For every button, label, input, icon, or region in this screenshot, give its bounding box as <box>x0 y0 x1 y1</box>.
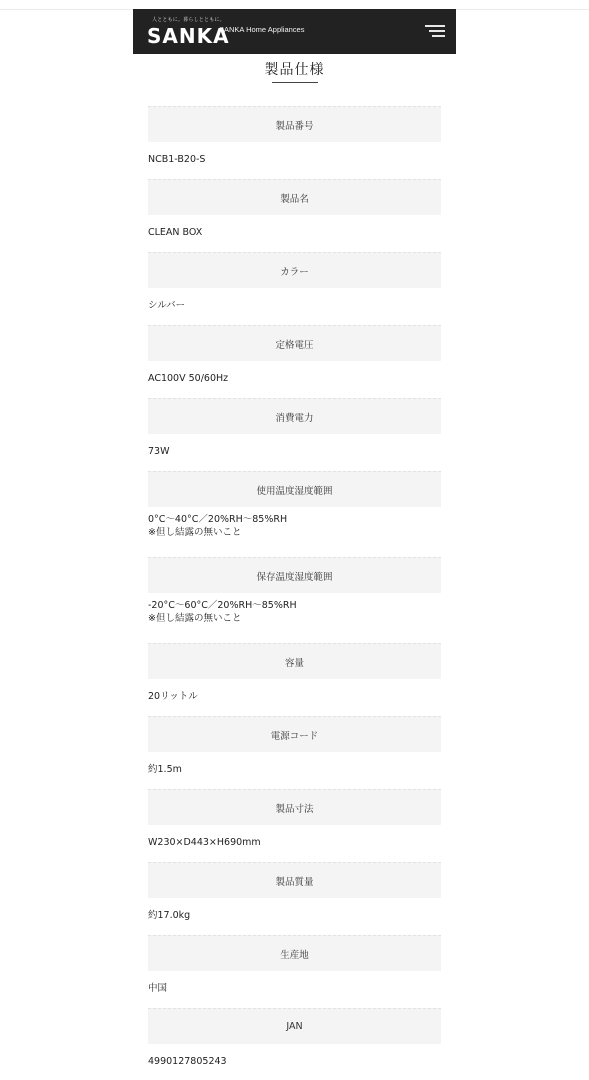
spec-value: 中国 <box>148 971 441 1008</box>
menu-line <box>429 30 445 32</box>
spec-value: CLEAN BOX <box>148 215 441 252</box>
header-subtitle: SANKA Home Appliances <box>219 25 304 34</box>
page-title: 製品仕様 <box>0 59 589 79</box>
spec-label-row: 生産地 <box>148 935 441 971</box>
spec-label-row: 製品質量 <box>148 862 441 898</box>
spec-value: シルバー <box>148 288 441 325</box>
spec-label: 製品寸法 <box>275 801 313 815</box>
spec-label-row: 使用温度湿度範囲 <box>148 471 441 507</box>
spec-value: 4990127805243 <box>148 1044 441 1080</box>
spec-label: 保存温度湿度範囲 <box>256 569 332 583</box>
spec-label: 使用温度湿度範囲 <box>256 483 332 497</box>
spec-value: 約1.5m <box>148 752 441 789</box>
spec-value: NCB1-B20-S <box>148 142 441 179</box>
spec-label: 製品番号 <box>275 118 313 132</box>
spec-label: 定格電圧 <box>275 337 313 351</box>
spec-label-row: JAN <box>148 1008 441 1044</box>
spec-label: カラー <box>280 264 309 278</box>
spec-value: AC100V 50/60Hz <box>148 361 441 398</box>
spec-label: 消費電力 <box>275 410 313 424</box>
spec-value: 0°C〜40°C／20%RH〜85%RH ※但し結露の無いこと <box>148 507 441 557</box>
spec-label-row: カラー <box>148 252 441 288</box>
spec-label: 製品質量 <box>275 874 313 888</box>
spec-value: 20リットル <box>148 679 441 716</box>
spec-label-row: 消費電力 <box>148 398 441 434</box>
spec-table: 製品番号NCB1-B20-S製品名CLEAN BOXカラーシルバー定格電圧AC1… <box>148 106 441 1080</box>
spec-label: JAN <box>286 1021 302 1032</box>
spec-label-row: 製品番号 <box>148 106 441 142</box>
spec-value: 約17.0kg <box>148 898 441 935</box>
spec-label: 生産地 <box>280 947 309 961</box>
spec-label: 電源コード <box>271 728 319 742</box>
logo-text: SANKA <box>147 24 230 48</box>
hamburger-menu-icon[interactable] <box>423 23 445 39</box>
spec-label-row: 保存温度湿度範囲 <box>148 557 441 593</box>
spec-label-row: 容量 <box>148 643 441 679</box>
spec-value: W230×D443×H690mm <box>148 825 441 862</box>
spec-label-row: 製品名 <box>148 179 441 215</box>
spec-value: 73W <box>148 434 441 471</box>
spec-label-row: 製品寸法 <box>148 789 441 825</box>
site-header: 人とともに。暮らしとともに。 SANKA SANKA Home Applianc… <box>133 9 456 54</box>
spec-value: -20°C〜60°C／20%RH〜85%RH ※但し結露の無いこと <box>148 593 441 643</box>
spec-label-row: 電源コード <box>148 716 441 752</box>
menu-line <box>425 25 445 27</box>
spec-label: 製品名 <box>280 191 309 205</box>
sanka-logo-link[interactable]: 人とともに。暮らしとともに。 SANKA <box>141 13 213 49</box>
menu-line <box>432 35 445 37</box>
spec-label: 容量 <box>285 655 304 669</box>
title-underline <box>272 82 318 83</box>
logo-tagline: 人とともに。暮らしとともに。 <box>152 16 225 23</box>
spec-label-row: 定格電圧 <box>148 325 441 361</box>
